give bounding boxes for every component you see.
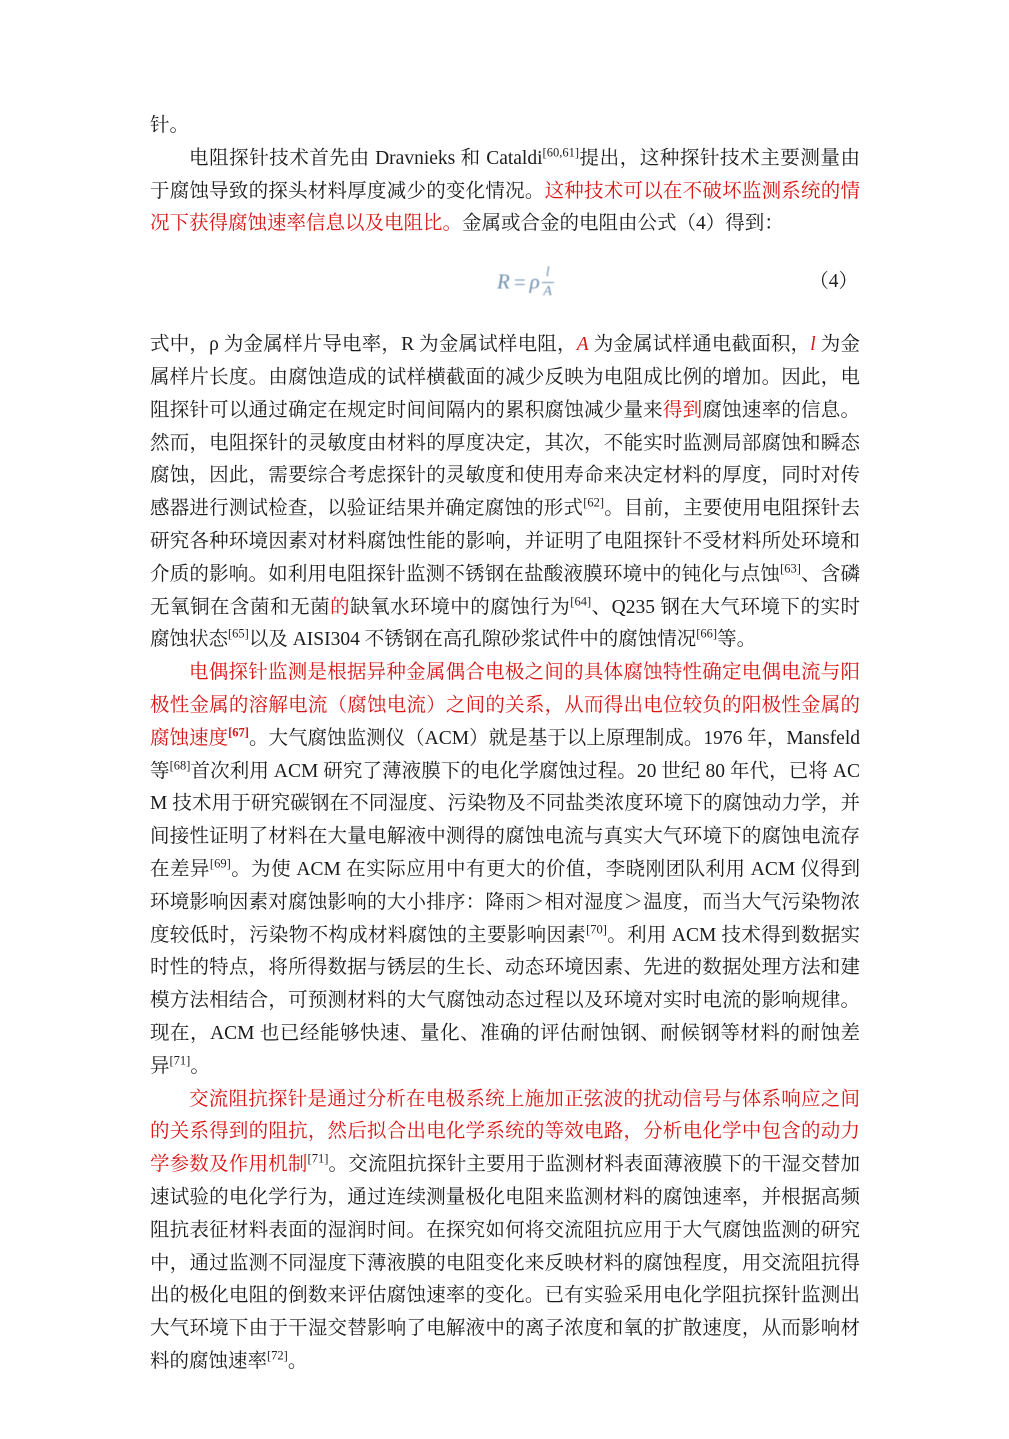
text-run: 式中，ρ 为金属样片导电率，R 为金属试样电阻， (150, 334, 577, 355)
paragraph-formula-explanation: 式中，ρ 为金属样片导电率，R 为金属试样电阻，A 为金属试样通电截面积，l 为… (150, 329, 860, 657)
equation-block: R=ρlA （4） (150, 241, 860, 329)
text-run: 的 (330, 597, 350, 618)
paragraph-ac-impedance-probe: 交流阻抗探针是通过分析在电极系统上施加正弦波的扰动信号与体系响应之间的关系得到的… (150, 1084, 860, 1379)
citation-superscript: [66] (696, 627, 717, 641)
citation-superscript: [70] (586, 922, 607, 936)
document-page: 针。 电阻探针技术首先由 Dravnieks 和 Cataldi[60,61]提… (0, 0, 1009, 1439)
text-run: 电阻探针技术首先由 Dravnieks 和 Cataldi (189, 148, 543, 169)
text-run: 。交流阻抗探针主要用于监测材料表面薄液膜下的干湿交替加速试验的电化学行为，通过连… (150, 1154, 860, 1372)
citation-superscript: [71] (170, 1053, 191, 1067)
text-run: 为金属试样通电截面积， (589, 334, 811, 355)
citation-superscript: [65] (228, 627, 249, 641)
text-run: 缺氧水环境中的腐蚀行为 (350, 597, 570, 618)
equation-lhs: R (497, 270, 510, 294)
citation-superscript: [63] (780, 561, 801, 575)
text-run: 。 (288, 1351, 308, 1372)
text-run: A (577, 334, 589, 355)
text-run: 。利用 ACM 技术得到数据实时性的特点，将所得数据与锈层的生长、动态环境因素、… (150, 925, 860, 1077)
paragraph-resistance-probe-intro: 电阻探针技术首先由 Dravnieks 和 Cataldi[60,61]提出，这… (150, 143, 860, 241)
citation-superscript: [68] (170, 758, 191, 772)
fraction-numerator: l (542, 265, 554, 282)
citation-superscript: [62] (583, 496, 604, 510)
equation-formula: R=ρlA (497, 267, 554, 301)
text-run: 针。 (150, 115, 189, 136)
citation-superscript: [69] (210, 856, 231, 870)
text-run: 金属或合金的电阻由公式（4）得到： (462, 213, 784, 234)
equation-fraction: lA (542, 265, 554, 299)
text-run: 以及 AISI304 不锈钢在高孔隙砂浆试件中的腐蚀情况 (249, 629, 696, 650)
citation-superscript: [67] (228, 725, 249, 739)
paragraph-galvanic-probe-acm: 电偶探针监测是根据异种金属偶合电极之间的具体腐蚀特性确定电偶电流与阳极性金属的溶… (150, 657, 860, 1083)
fraction-denominator: A (543, 283, 552, 299)
equation-number: （4） (809, 265, 858, 293)
paragraph-continuation: 针。 (150, 110, 860, 143)
text-run: 等。 (717, 629, 756, 650)
equals-sign: = (510, 270, 530, 294)
equation-rho: ρ (530, 270, 540, 294)
text-run: 得到 (663, 400, 702, 421)
text-run: 。 (190, 1056, 210, 1077)
citation-superscript: [72] (267, 1348, 288, 1362)
citation-superscript: [64] (570, 594, 591, 608)
citation-superscript: [71] (308, 1152, 329, 1166)
citation-superscript: [60,61] (543, 145, 579, 159)
